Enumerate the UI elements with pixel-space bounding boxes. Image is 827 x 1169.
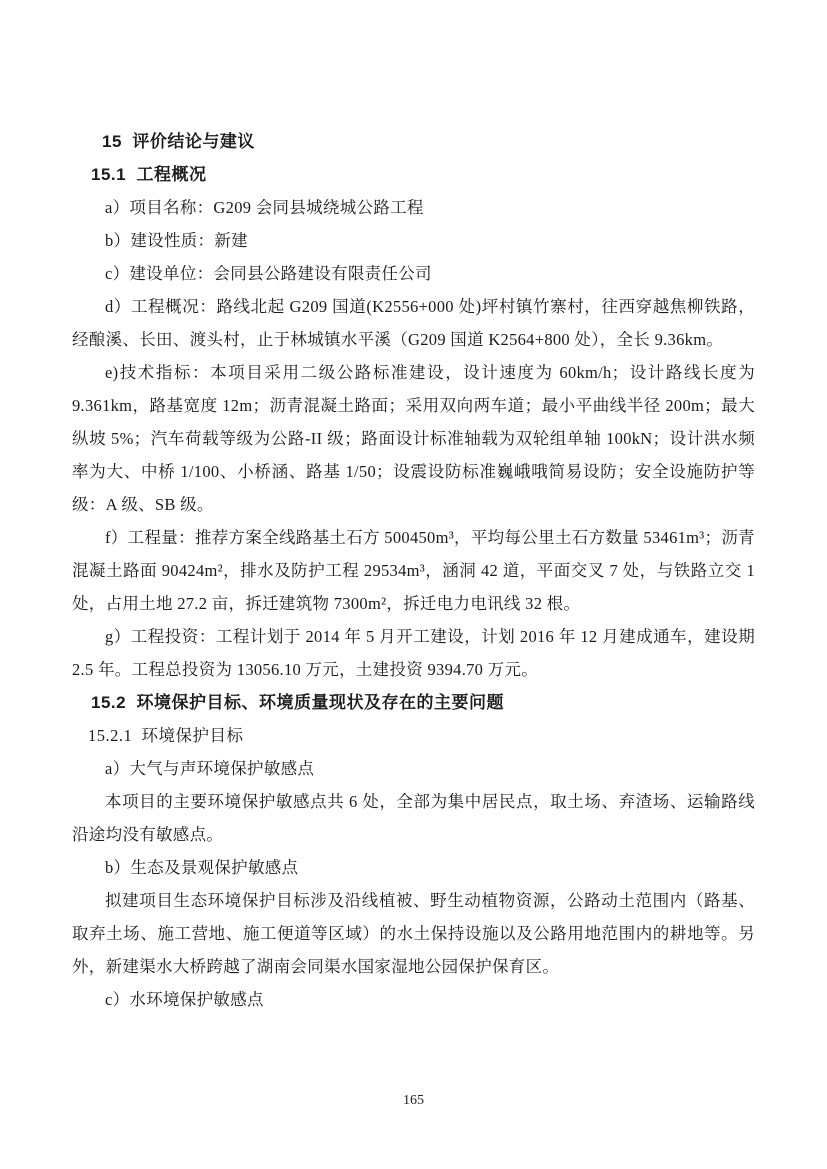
paragraph-construction-unit: c）建设单位：会同县公路建设有限责任公司	[72, 257, 755, 290]
chapter-heading: 15 评价结论与建议	[72, 125, 755, 158]
paragraph-air-noise-sensitive-points-title: a）大气与声环境保护敏感点	[72, 752, 755, 785]
paragraph-project-name: a）项目名称：G209 会同县城绕城公路工程	[72, 191, 755, 224]
subsection-heading-15-2-1: 15.2.1 环境保护目标	[72, 719, 755, 752]
paragraph-water-environment-title: c）水环境保护敏感点	[72, 983, 755, 1016]
document-page: 15 评价结论与建议 15.1 工程概况 a）项目名称：G209 会同县城绕城公…	[0, 0, 827, 1169]
page-content: 15 评价结论与建议 15.1 工程概况 a）项目名称：G209 会同县城绕城公…	[72, 125, 755, 1016]
paragraph-technical-indicators: e)技术指标：本项目采用二级公路标准建设，设计速度为 60km/h；设计路线长度…	[72, 356, 755, 521]
section-heading-15-1: 15.1 工程概况	[72, 158, 755, 191]
paragraph-project-overview: d）工程概况：路线北起 G209 国道(K2556+000 处)坪村镇竹寨村，往…	[72, 290, 755, 356]
section-heading-15-2: 15.2 环境保护目标、环境质量现状及存在的主要问题	[72, 686, 755, 719]
page-footer: 165	[0, 1093, 827, 1109]
paragraph-air-noise-sensitive-points-body: 本项目的主要环境保护敏感点共 6 处，全部为集中居民点，取土场、弃渣场、运输路线…	[72, 785, 755, 851]
paragraph-engineering-quantity: f）工程量：推荐方案全线路基土石方 500450m³，平均每公里土石方数量 53…	[72, 521, 755, 620]
paragraph-ecology-landscape-body: 拟建项目生态环境保护目标涉及沿线植被、野生动植物资源，公路动土范围内（路基、取弃…	[72, 884, 755, 983]
page-number: 165	[403, 1093, 424, 1108]
paragraph-project-investment: g）工程投资：工程计划于 2014 年 5 月开工建设，计划 2016 年 12…	[72, 620, 755, 686]
paragraph-construction-nature: b）建设性质：新建	[72, 224, 755, 257]
paragraph-ecology-landscape-title: b）生态及景观保护敏感点	[72, 851, 755, 884]
